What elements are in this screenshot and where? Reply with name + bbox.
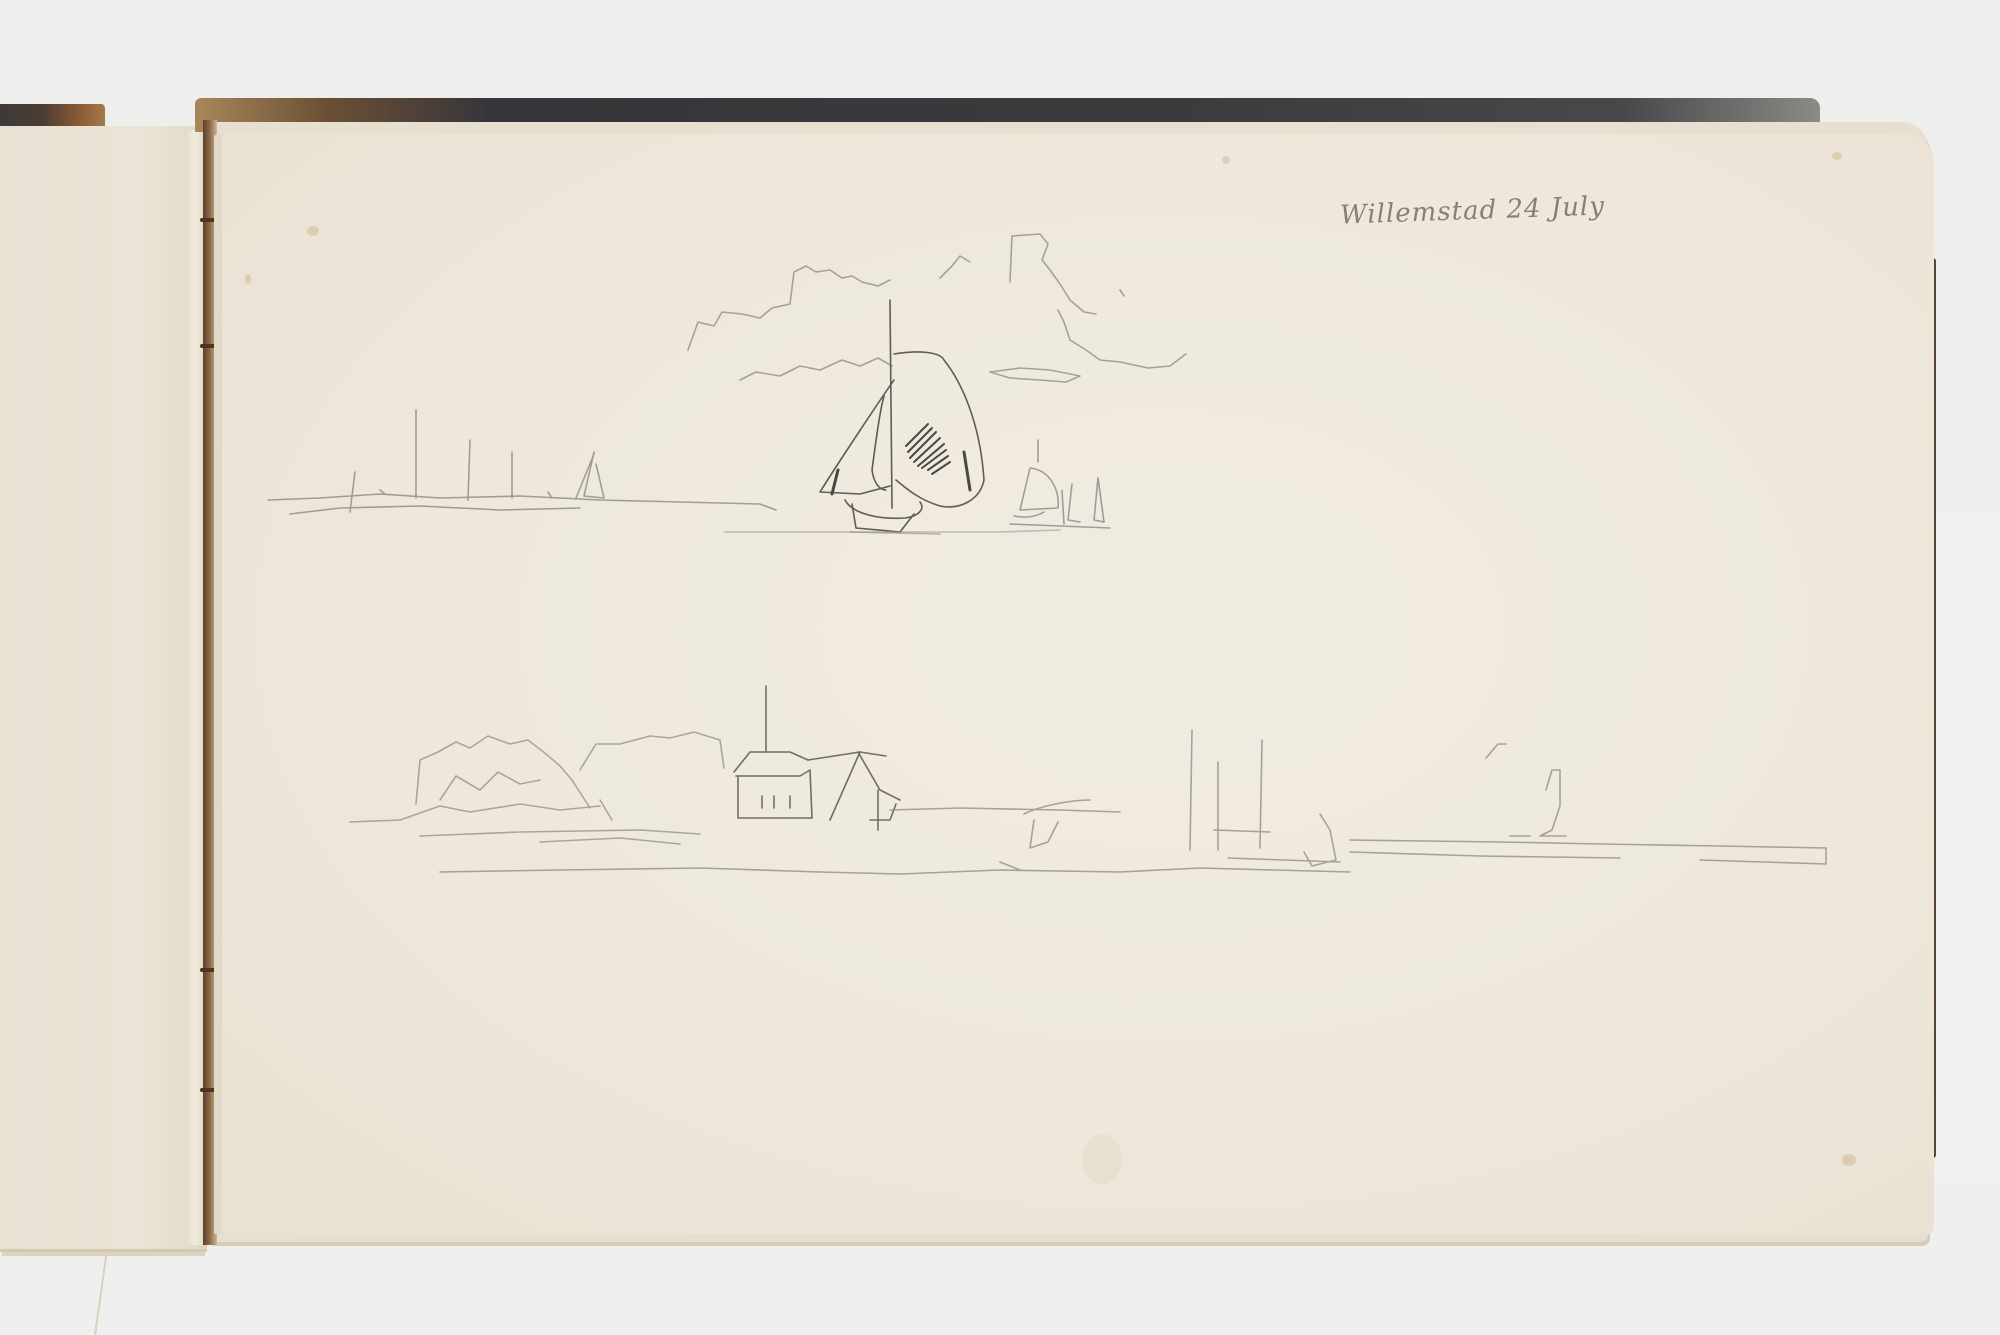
left-page	[0, 126, 207, 1252]
foxing-spot	[1222, 156, 1230, 164]
foxing-spot	[245, 274, 251, 284]
foxing-spot	[1842, 1154, 1856, 1166]
foxing-spot	[307, 226, 319, 236]
foxing-spot	[1832, 152, 1842, 160]
left-cover-binding	[0, 104, 105, 126]
foxing-spot	[1082, 1134, 1122, 1184]
sketch-page	[214, 134, 1934, 1234]
